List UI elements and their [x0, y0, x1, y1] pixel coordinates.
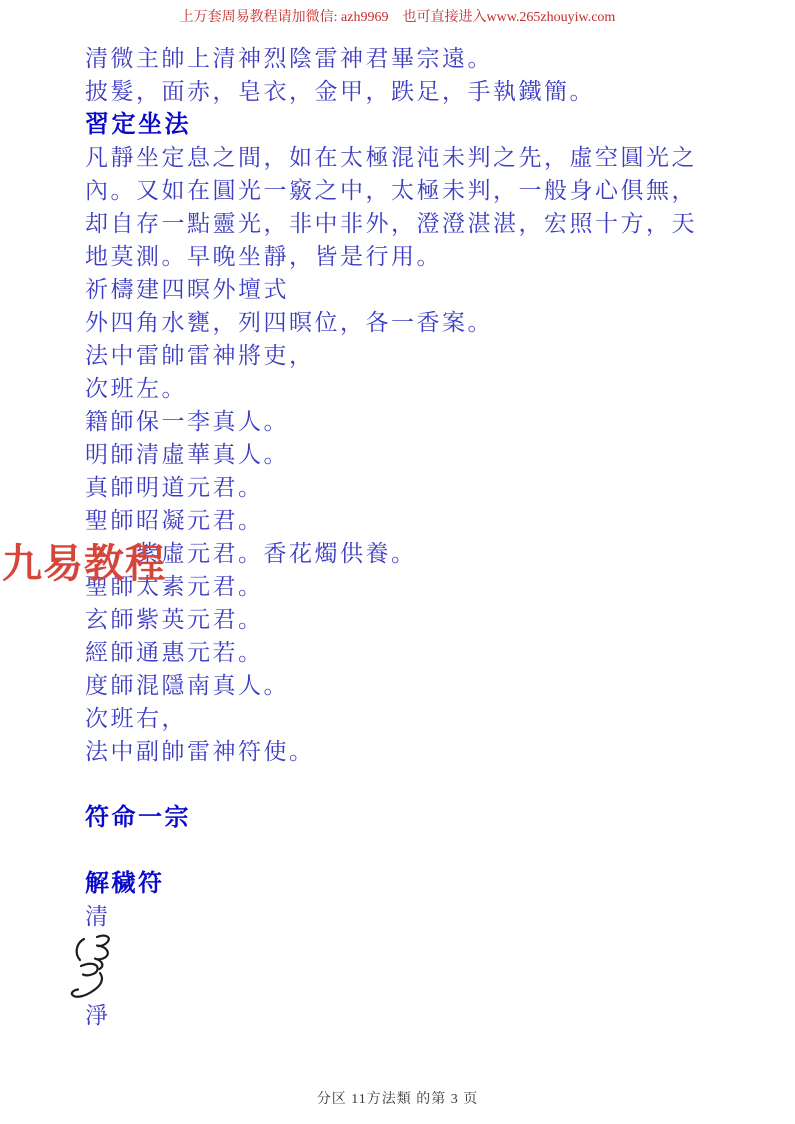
section-heading: 習定坐法 — [85, 108, 745, 141]
text-line: 淨 — [85, 999, 745, 1032]
text-line: 法中雷帥雷神將吏， — [85, 339, 745, 372]
text-line: 內。又如在圓光一竅之中，太極未判，一般身心俱無， — [85, 174, 745, 207]
section-heading: 符命一宗 — [85, 801, 745, 834]
text-line: 玄師紫英元君。 — [85, 603, 745, 636]
text-line: 凡靜坐定息之間，如在太極混沌未判之先，虛空圓光之 — [85, 141, 745, 174]
text-line: 清微主帥上清神烈陰雷神君畢宗遠。 — [85, 42, 745, 75]
text-line: 却自存一點靈光，非中非外，澄澄湛湛，宏照十方，天 — [85, 207, 745, 240]
blank-line — [85, 768, 745, 801]
text-line: 地莫測。早晚坐靜，皆是行用。 — [85, 240, 745, 273]
text-line: 度師混隱南真人。 — [85, 669, 745, 702]
talisman-stroke-icon — [63, 933, 135, 999]
text-line: 次班左。 — [85, 372, 745, 405]
text-line: 法中副帥雷神符使。 — [85, 735, 745, 768]
document-body: 清微主帥上清神烈陰雷神君畢宗遠。披髮，面赤，皂衣，金甲，跌足，手執鐵簡。習定坐法… — [85, 42, 745, 1032]
text-line: 次班右， — [85, 702, 745, 735]
text-line: 明師清虛華真人。 — [85, 438, 745, 471]
text-line: 清 — [85, 900, 745, 933]
text-line: 真師明道元君。 — [85, 471, 745, 504]
text-line: 聖師太素元君。 — [85, 570, 745, 603]
text-line: 披髮，面赤，皂衣，金甲，跌足，手執鐵簡。 — [85, 75, 745, 108]
text-line: 聖師昭凝元君。 — [85, 504, 745, 537]
blank-line — [85, 834, 745, 867]
text-line: 籍師保一李真人。 — [85, 405, 745, 438]
watermark-jiuyi-jiaocheng: 九易教程 — [2, 544, 166, 584]
section-heading: 解穢符 — [85, 867, 745, 900]
text-line: 外四角水甕，列四暝位，各一香案。 — [85, 306, 745, 339]
talisman-drawing — [63, 933, 745, 999]
text-line: 祈檮建四暝外壇式 — [85, 273, 745, 306]
text-line: 紫虛元君。香花燭供養。 — [85, 537, 745, 570]
header-promo-text: 上万套周易教程请加微信: azh9969 也可直接进入www.265zhouyi… — [0, 6, 795, 26]
text-line: 經師通惠元若。 — [85, 636, 745, 669]
footer-page-label: 分区 11方法類 的第 3 页 — [0, 1088, 795, 1108]
